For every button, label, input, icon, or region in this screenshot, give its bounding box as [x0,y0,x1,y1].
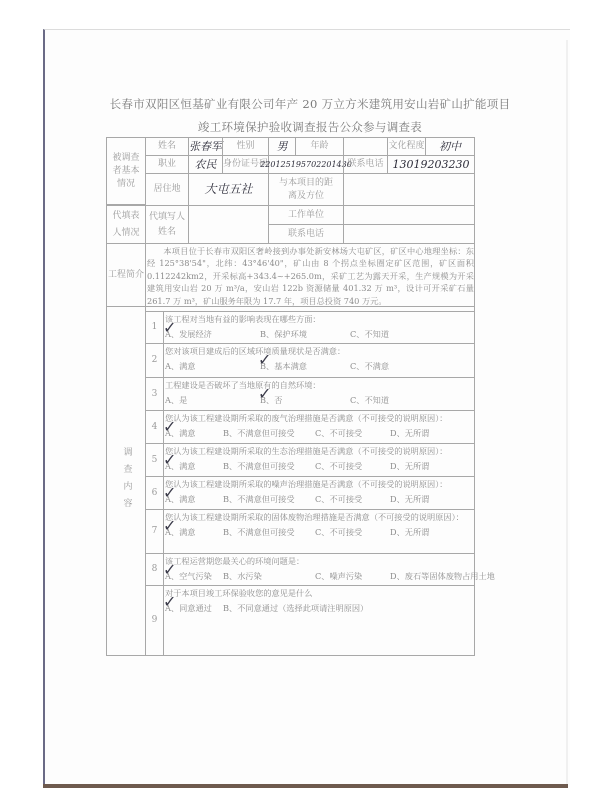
question-text: 该工程对当地有益的影响表现在哪些方面： [165,313,475,325]
question-item: 您认为该工程建设期所采取的固体废物治理措施是否满意（不可接受的说明原因）：A、满… [165,511,475,540]
answer-option[interactable]: B、不满意但可接受 [223,493,295,505]
answer-option[interactable]: D、无所谓 [390,493,429,505]
question-number: 1 [145,311,164,344]
survey-label: 调查内容 [106,306,146,656]
question-number: 4 [145,410,164,444]
distance-label: 与本项目的距离及方位 [268,173,344,206]
answer-option[interactable]: B、不同意通过（选择此项请注明原因） [223,602,368,614]
education-label: 文化程度 [387,137,426,156]
question-item: 您认为该工程建设期所采取的生态治理措施是否满意（不可接受的说明原因）：A、满意✓… [165,445,475,474]
answer-option[interactable]: D、无所谓 [390,526,429,538]
question-number: 3 [145,377,164,411]
checkmark-icon: ✓ [163,322,176,334]
answer-option[interactable]: B、不满意但可接受 [223,460,295,472]
question-text: 您认为该工程建设期所采取的固体废物治理措施是否满意（不可接受的说明原因）： [165,511,475,523]
sex-label: 性别 [222,137,269,156]
question-number: 5 [145,443,164,477]
phone-field[interactable]: 13019203230 [387,155,475,174]
question-text: 您认为该工程建设期所采取的废气治理措施是否满意（不可接受的说明原因）： [165,412,475,424]
address-field[interactable]: 大屯五社 [188,173,269,206]
respondent-section-label: 被调查者基本情况 [106,137,146,205]
document-subtitle: 竣工环境保护验收调查报告公众参与调查表 [100,119,520,135]
name-field[interactable]: 张春军 [188,137,223,156]
page-edge [566,40,568,786]
answer-option[interactable]: C、不可接受 [315,427,362,439]
proxy-phone-label: 联系电话 [268,224,344,244]
question-item: 您认为该工程建设期所采取的噪声治理措施是否满意（不可接受的说明原因）：A、满意✓… [165,478,475,507]
question-text: 工程建设是否破坏了当地原有的自然环境： [165,379,475,391]
checkmark-icon: ✓ [163,520,176,532]
answer-option[interactable]: B、水污染 [223,570,262,582]
age-field[interactable] [343,137,388,156]
answer-option[interactable]: C、不可接受 [315,526,362,538]
sex-field[interactable]: 男 [268,137,296,156]
question-item: 该工程对当地有益的影响表现在哪些方面：A、发展经济✓B、保护环境C、不知道 [165,313,475,342]
occupation-label: 职业 [145,155,189,174]
id-field[interactable]: 220125195702201430 [268,155,344,174]
proxy-name-field[interactable] [188,205,269,244]
question-number: 6 [145,476,164,510]
answer-option[interactable]: A、满意 [165,360,195,372]
phone-label: 联系电话 [343,155,388,174]
proxy-work-label: 工作单位 [268,205,344,225]
checkmark-icon: ✓ [258,354,271,366]
checkmark-icon: ✓ [163,564,176,576]
answer-option[interactable]: C、不满意 [350,360,389,372]
question-text: 您对该项目建成后的区域环境质量现状是否满意： [165,345,475,357]
page-bottom-edge [43,784,568,788]
checkmark-icon: ✓ [163,421,176,433]
checkmark-icon: ✓ [258,388,271,400]
question-text: 对于本项目竣工环保验收您的意见是什么 [165,587,475,599]
question-number: 2 [145,343,164,378]
proxy-section-label: 代填表人情况 [106,205,146,244]
question-number: 8 [145,553,164,586]
checkmark-icon: ✓ [163,487,176,499]
answer-option[interactable]: B、不满意但可接受 [223,526,295,538]
question-item: 对于本项目竣工环保验收您的意见是什么A、同意通过✓B、不同意通过（选择此项请注明… [165,587,475,616]
answer-option[interactable]: B、保护环境 [260,328,307,340]
answer-option[interactable]: D、无所谓 [390,460,429,472]
answer-option[interactable]: C、不知道 [350,394,389,406]
name-label: 姓名 [145,137,189,156]
answer-option[interactable]: A、是 [165,394,187,406]
question-item: 您认为该工程建设期所采取的废气治理措施是否满意（不可接受的说明原因）：A、满意✓… [165,412,475,441]
question-number: 7 [145,509,164,554]
distance-field[interactable] [343,173,475,206]
answer-option[interactable]: B、不满意但可接受 [223,427,295,439]
address-label: 居住地 [145,173,189,206]
question-text: 您认为该工程建设期所采取的生态治理措施是否满意（不可接受的说明原因）： [165,445,475,457]
question-text: 您认为该工程建设期所采取的噪声治理措施是否满意（不可接受的说明原因）： [165,478,475,490]
answer-option[interactable]: C、不可接受 [315,460,362,472]
occupation-field[interactable]: 农民 [188,155,223,174]
question-item: 您对该项目建成后的区域环境质量现状是否满意：A、满意B、基本满意✓C、不满意 [165,345,475,374]
checkmark-icon: ✓ [163,596,176,608]
age-label: 年龄 [295,137,344,156]
checkmark-icon: ✓ [163,454,176,466]
answer-option[interactable]: C、不可接受 [315,493,362,505]
answer-option[interactable]: D、无所谓 [390,427,429,439]
project-intro-text: 本项目位于长春市双阳区奢岭接到办事处新安林场大屯矿区，矿区中心地理坐标：东经 1… [147,245,474,307]
answer-option[interactable]: C、不知道 [350,328,389,340]
answer-option[interactable]: D、废石等固体废物占用土地 [390,570,495,582]
proxy-work-field[interactable] [343,205,475,225]
answer-option[interactable]: C、噪声污染 [315,570,362,582]
project-label: 工程简介 [106,243,146,307]
question-text: 该工程运营期您最关心的环境问题是： [165,555,475,567]
education-field[interactable]: 初中 [425,137,475,156]
proxy-name-label: 代填写人姓名 [145,205,189,244]
document-title: 长春市双阳区恒基矿业有限公司年产 20 万立方米建筑用安山岩矿山扩能项目 [100,96,520,112]
proxy-phone-field[interactable] [343,224,475,244]
question-number: 9 [145,585,164,656]
question-item: 工程建设是否破坏了当地原有的自然环境：A、是B、否✓C、不知道 [165,379,475,408]
question-item: 该工程运营期您最关心的环境问题是：A、空气污染✓B、水污染C、噪声污染D、废石等… [165,555,475,584]
